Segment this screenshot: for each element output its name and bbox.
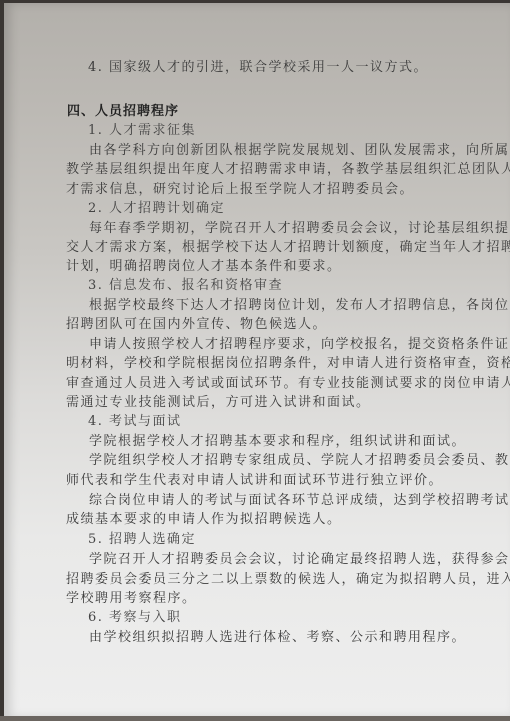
- paragraph-line: 学院组织学校人才招聘专家组成员、学院人才招聘委员会委员、教: [89, 449, 510, 468]
- paragraph-line: 招聘委员会委员三分之二以上票数的候选人，确定为拟招聘人员，进入: [66, 568, 510, 587]
- paragraph-line: 由学校组织拟招聘人选进行体检、考察、公示和聘用程序。: [89, 626, 466, 645]
- section-title: 四、人员招聘程序: [67, 100, 179, 119]
- paragraph-line: 由各学科方向创新团队根据学院发展规划、团队发展需求，向所属: [89, 139, 510, 158]
- paragraph-line: 需通过专业技能测试后，方可进入试讲和面试。: [66, 391, 371, 410]
- paragraph-line: 学院召开人才招聘委员会会议，讨论确定最终招聘人选，获得参会: [89, 548, 510, 567]
- paragraph-line: 每年春季学期初，学院召开人才招聘委员会会议，讨论基层组织提: [89, 217, 510, 236]
- paragraph-line: 学院根据学校人才招聘基本要求和程序，组织试讲和面试。: [89, 430, 466, 449]
- paragraph-line: 教学基层组织提出年度人才招聘需求申请，各教学基层组织汇总团队人: [66, 158, 510, 177]
- page-bottom-edge: [0, 716, 510, 721]
- step-2-title: 2. 人才招聘计划确定: [88, 197, 225, 216]
- paragraph-line: 招聘团队可在国内外宣传、物色候选人。: [66, 313, 327, 332]
- paragraph-line: 根据学校最终下达人才招聘岗位计划，发布人才招聘信息，各岗位: [89, 294, 510, 313]
- paragraph-line: 申请人按照学校人才招聘程序要求，向学校报名，提交资格条件证: [89, 333, 510, 352]
- document-page: 4. 国家级人才的引进，联合学校采用一人一议方式。 四、人员招聘程序 1. 人才…: [4, 3, 510, 718]
- paragraph-line: 明材料，学校和学院根据岗位招聘条件，对申请人进行资格审查，资格: [66, 352, 510, 371]
- paragraph-line: 师代表和学生代表对申请人试讲和面试环节进行独立评价。: [66, 469, 443, 488]
- paragraph-line: 交人才需求方案，根据学校下达人才招聘计划额度，确定当年人才招聘: [66, 236, 510, 255]
- paragraph-line: 审查通过人员进入考试或面试环节。有专业技能测试要求的岗位申请人，: [66, 372, 510, 391]
- paragraph-line: 综合岗位申请人的考试与面试各环节总评成绩，达到学校招聘考试: [89, 489, 510, 508]
- step-6-title: 6. 考察与入职: [88, 606, 182, 625]
- step-3-title: 3. 信息发布、报名和资格审查: [88, 274, 283, 293]
- step-5-title: 5. 招聘人选确定: [88, 528, 196, 547]
- step-1-title: 1. 人才需求征集: [88, 119, 196, 138]
- paragraph-line: 才需求信息，研究讨论后上报至学院人才招聘委员会。: [66, 178, 414, 197]
- item-4-text: 4. 国家级人才的引进，联合学校采用一人一议方式。: [88, 56, 428, 75]
- paragraph-line: 学校聘用考察程序。: [66, 587, 197, 606]
- step-4-title: 4. 考试与面试: [88, 410, 182, 429]
- paragraph-line: 成绩基本要求的申请人作为拟招聘候选人。: [66, 508, 342, 527]
- paragraph-line: 计划，明确招聘岗位人才基本条件和要求。: [66, 255, 342, 274]
